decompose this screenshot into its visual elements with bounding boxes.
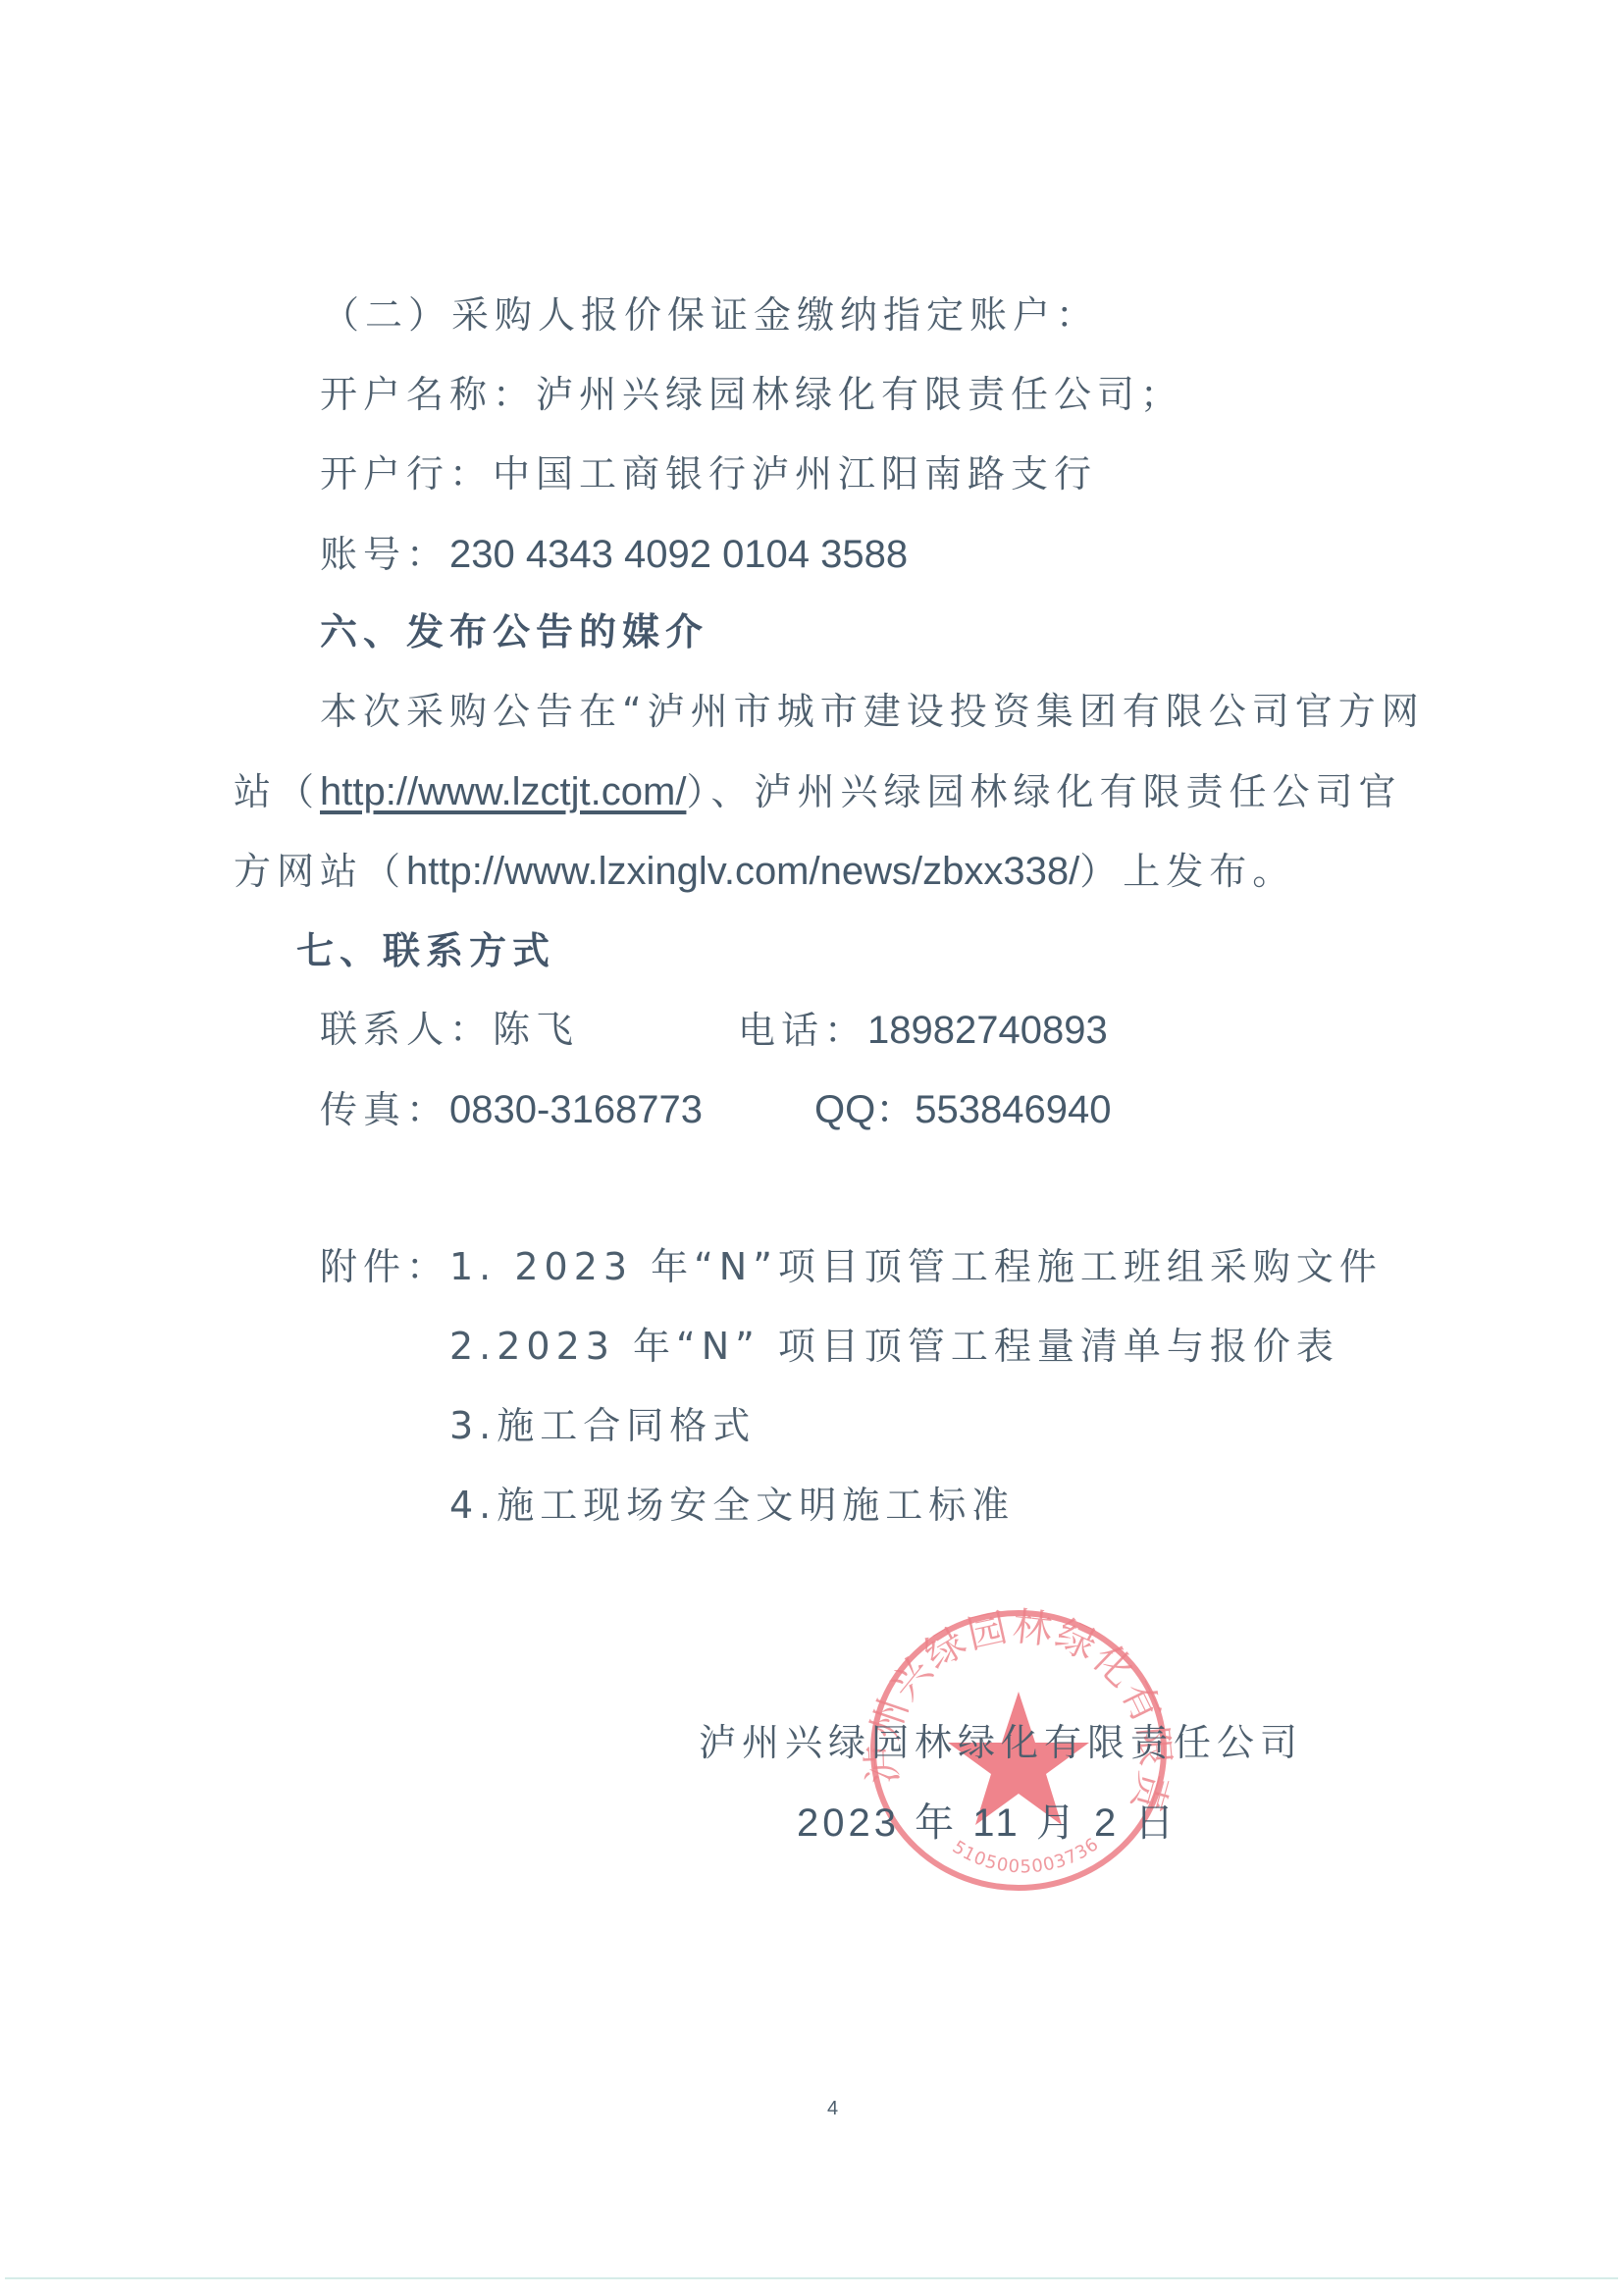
qq-row: QQ：553846940 [814,1090,1111,1129]
account-name-value: 泸州兴绿园林绿化有限责任公司； [536,373,1183,416]
account-number-label: 账号： [320,533,449,576]
bank-value: 中国工商银行泸州江阳南路支行 [493,452,1097,496]
deposit-account-heading: （二）采购人报价保证金缴纳指定账户： [322,296,1099,334]
attachment-item-1: 1. 2023 年“N”项目顶管工程施工班组采购文件 [449,1248,1383,1285]
fax-row: 传真：0830-3168773 [320,1090,703,1129]
page-number: 4 [827,2098,838,2120]
bottom-divider [5,2277,1618,2279]
signature-date: 2023 年 11 月 2 日 [797,1803,1178,1843]
account-number-value: 230 4343 4092 0104 3588 [449,533,908,576]
contact-value: 陈飞 [493,1008,579,1051]
section-seven-heading: 七、联系方式 [296,932,555,969]
section-six-line-2: 站（http://www.lzctjt.com/）、泸州兴绿园林绿化有限责任公司… [234,772,1401,811]
attachment-item-4: 4.施工现场安全文明施工标准 [449,1487,1015,1524]
fax-label: 传真： [320,1088,449,1131]
phone-value: 18982740893 [867,1009,1108,1052]
bank-label: 开户行： [320,452,493,496]
qq-value: 553846940 [915,1088,1111,1131]
phone-label: 电话： [738,1009,867,1052]
fax-value: 0830-3168773 [449,1088,703,1131]
attachment-item-3: 3.施工合同格式 [449,1407,756,1444]
qq-label: QQ： [814,1088,915,1131]
lzctjt-link[interactable]: http://www.lzctjt.com/ [320,770,686,813]
line2-prefix: 站（ [234,770,320,813]
phone-row: 电话：18982740893 [738,1011,1108,1050]
lzxinglv-url: http://www.lzxinglv.com/news/zbxx338/ [406,850,1079,893]
section-six-line-3: 方网站（http://www.lzxinglv.com/news/zbxx338… [234,852,1295,891]
section-six-line-1: 本次采购公告在“泸州市城市建设投资集团有限公司官方网 [320,693,1425,730]
signature-company: 泸州兴绿园林绿化有限责任公司 [699,1724,1303,1761]
line3-prefix: 方网站（ [234,850,406,893]
bank-row: 开户行：中国工商银行泸州江阳南路支行 [320,455,1097,493]
account-name-label: 开户名称： [320,373,536,416]
account-number-row: 账号：230 4343 4092 0104 3588 [320,535,908,574]
attachments-label: 附件： [320,1248,449,1285]
attachment-item-2: 2.2023 年“N” 项目顶管工程量清单与报价表 [449,1328,1339,1365]
line3-suffix: ）上发布。 [1079,850,1295,893]
section-six-heading: 六、发布公告的媒介 [320,613,708,651]
account-name-row: 开户名称：泸州兴绿园林绿化有限责任公司； [320,376,1183,413]
contact-person-row: 联系人：陈飞 [320,1011,579,1048]
line2-suffix: ）、泸州兴绿园林绿化有限责任公司官 [686,770,1401,813]
contact-label: 联系人： [320,1008,493,1051]
